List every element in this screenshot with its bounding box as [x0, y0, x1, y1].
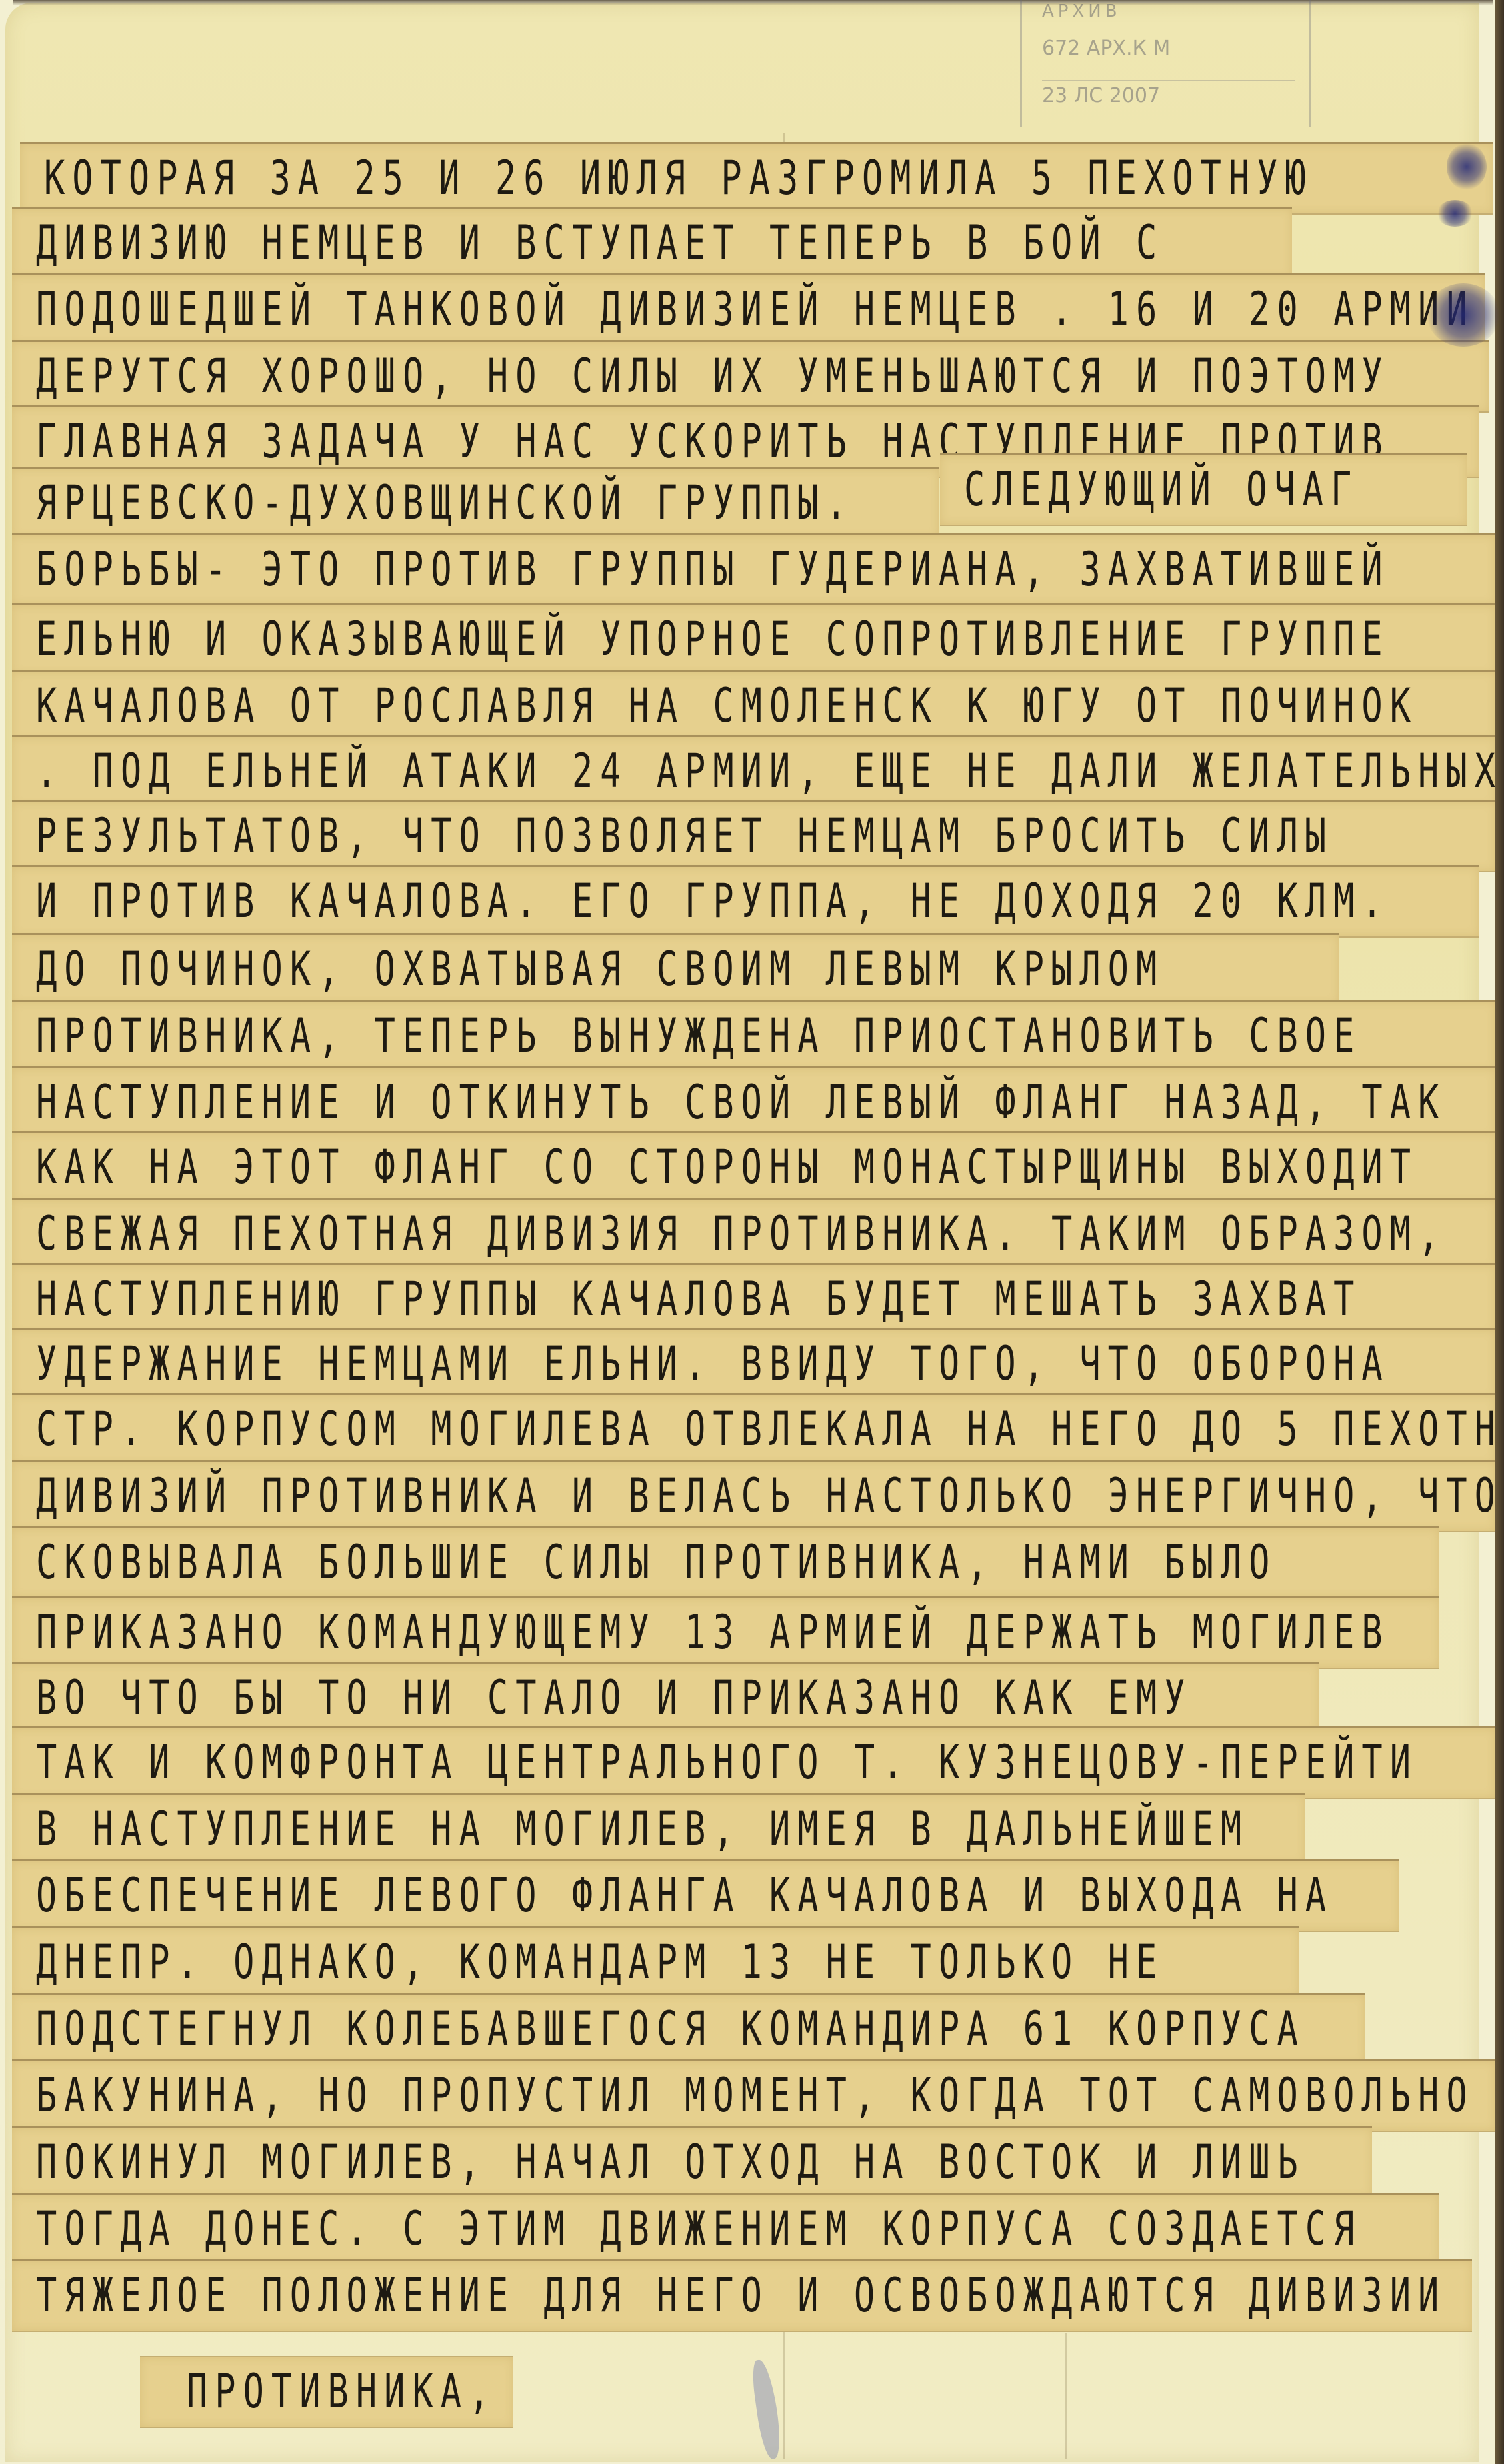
text-strip: КАК НА ЭТОТ ФЛАНГ СО СТОРОНЫ МОНАСТЫРЩИН…	[12, 1131, 1495, 1204]
telegram-line: ЯРЦЕВСКО-ДУХОВЩИНСКОЙ ГРУППЫ.	[12, 477, 854, 531]
text-strip: ЕЛЬНЮ И ОКАЗЫВАЮЩЕЙ УПОРНОЕ СОПРОТИВЛЕНИ…	[12, 603, 1495, 676]
telegram-line: ПОДСТЕГНУЛ КОЛЕБАВШЕГОСЯ КОМАНДИРА 61 КО…	[12, 2003, 1305, 2057]
text-strip: НАСТУПЛЕНИЕ И ОТКИНУТЬ СВОЙ ЛЕВЫЙ ФЛАНГ …	[12, 1066, 1495, 1139]
telegram-line: ДО ПОЧИНОК, ОХВАТЫВАЯ СВОИМ ЛЕВЫМ КРЫЛОМ	[12, 943, 1164, 997]
text-strip: РЕЗУЛЬТАТОВ, ЧТО ПОЗВОЛЯЕТ НЕМЦАМ БРОСИТ…	[12, 800, 1495, 872]
telegram-line: ДИВИЗИЮ НЕМЦЕВ И ВСТУПАЕТ ТЕПЕРЬ В БОЙ С	[12, 217, 1164, 271]
telegram-line: НАСТУПЛЕНИЕ И ОТКИНУТЬ СВОЙ ЛЕВЫЙ ФЛАНГ …	[12, 1076, 1446, 1130]
text-strip: ДО ПОЧИНОК, ОХВАТЫВАЯ СВОИМ ЛЕВЫМ КРЫЛОМ	[12, 933, 1339, 1006]
paper-right-edge	[1495, 0, 1504, 2464]
telegram-line: БАКУНИНА, НО ПРОПУСТИЛ МОМЕНТ, КОГДА ТОТ…	[12, 2069, 1475, 2123]
telegram-line: ОБЕСПЕЧЕНИЕ ЛЕВОГО ФЛАНГА КАЧАЛОВА И ВЫХ…	[12, 1869, 1333, 1923]
text-strip: . ПОД ЕЛЬНЕЙ АТАКИ 24 АРМИИ, ЕЩЕ НЕ ДАЛИ…	[12, 735, 1495, 808]
blue-ink-mark	[1447, 143, 1487, 190]
telegram-line: ЕЛЬНЮ И ОКАЗЫВАЮЩЕЙ УПОРНОЕ СОПРОТИВЛЕНИ…	[12, 613, 1390, 667]
telegram-line: РЕЗУЛЬТАТОВ, ЧТО ПОЗВОЛЯЕТ НЕМЦАМ БРОСИТ…	[12, 810, 1333, 864]
text-strip: ПРОТИВНИКА,	[140, 2356, 513, 2428]
telegram-line: ПРОТИВНИКА, ТЕПЕРЬ ВЫНУЖДЕНА ПРИОСТАНОВИ…	[12, 1010, 1361, 1064]
telegram-line: КАК НА ЭТОТ ФЛАНГ СО СТОРОНЫ МОНАСТЫРЩИН…	[12, 1141, 1418, 1195]
text-strip: ТАК И КОМФРОНТА ЦЕНТРАЛЬНОГО Т. КУЗНЕЦОВ…	[12, 1726, 1495, 1799]
text-strip: ДИВИЗИЮ НЕМЦЕВ И ВСТУПАЕТ ТЕПЕРЬ В БОЙ С	[12, 207, 1292, 279]
telegram-line: НАСТУПЛЕНИЮ ГРУППЫ КАЧАЛОВА БУДЕТ МЕШАТЬ…	[12, 1273, 1361, 1327]
text-strip: ПРОТИВНИКА, ТЕПЕРЬ ВЫНУЖДЕНА ПРИОСТАНОВИ…	[12, 1000, 1495, 1072]
text-strip: ДЕРУТСЯ ХОРОШО, НО СИЛЫ ИХ УМЕНЬШАЮТСЯ И…	[12, 340, 1489, 413]
telegram-line: СКОВЫВАЛА БОЛЬШИЕ СИЛЫ ПРОТИВНИКА, НАМИ …	[12, 1536, 1277, 1590]
text-strip: БАКУНИНА, НО ПРОПУСТИЛ МОМЕНТ, КОГДА ТОТ…	[12, 2059, 1495, 2132]
text-strip: КАЧАЛОВА ОТ РОСЛАВЛЯ НА СМОЛЕНСК К ЮГУ О…	[12, 670, 1495, 742]
telegram-line: ПОКИНУЛ МОГИЛЕВ, НАЧАЛ ОТХОД НА ВОСТОК И…	[12, 2136, 1305, 2190]
telegram-line: ПРОТИВНИКА,	[140, 2365, 497, 2419]
text-strip: ДНЕПР. ОДНАКО, КОМАНДАРМ 13 НЕ ТОЛЬКО НЕ	[12, 1926, 1299, 1999]
telegram-line: ДИВИЗИЙ ПРОТИВНИКА И ВЕЛАСЬ НАСТОЛЬКО ЭН…	[12, 1470, 1495, 1524]
text-strip: ДИВИЗИЙ ПРОТИВНИКА И ВЕЛАСЬ НАСТОЛЬКО ЭН…	[12, 1460, 1495, 1532]
telegram-line: КАЧАЛОВА ОТ РОСЛАВЛЯ НА СМОЛЕНСК К ЮГУ О…	[12, 680, 1418, 734]
archive-stamp-row: АРХИВ	[1042, 1, 1295, 21]
text-strip: СТР. КОРПУСОМ МОГИЛЕВА ОТВЛЕКАЛА НА НЕГО…	[12, 1393, 1495, 1466]
telegram-line: ТАК И КОМФРОНТА ЦЕНТРАЛЬНОГО Т. КУЗНЕЦОВ…	[12, 1736, 1418, 1790]
text-strip: БОРЬБЫ- ЭТО ПРОТИВ ГРУППЫ ГУДЕРИАНА, ЗАХ…	[12, 533, 1495, 606]
telegram-line: ПРИКАЗАНО КОМАНДУЮЩЕМУ 13 АРМИЕЙ ДЕРЖАТЬ…	[12, 1606, 1390, 1660]
text-strip: И ПРОТИВ КАЧАЛОВА. ЕГО ГРУППА, НЕ ДОХОДЯ…	[12, 865, 1479, 938]
telegram-line: ПОДОШЕДШЕЙ ТАНКОВОЙ ДИВИЗИЕЙ НЕМЦЕВ . 16…	[12, 283, 1475, 337]
archive-stamp: АРХИВ 672 АРХ.К М 23 ЛС 2007	[1020, 0, 1311, 127]
text-strip: УДЕРЖАНИЕ НЕМЦАМИ ЕЛЬНИ. ВВИДУ ТОГО, ЧТО…	[12, 1328, 1495, 1400]
text-strip: ПРИКАЗАНО КОМАНДУЮЩЕМУ 13 АРМИЕЙ ДЕРЖАТЬ…	[12, 1596, 1439, 1669]
blue-ink-mark	[1437, 200, 1473, 227]
text-strip: СКОВЫВАЛА БОЛЬШИЕ СИЛЫ ПРОТИВНИКА, НАМИ …	[12, 1526, 1439, 1599]
blue-ink-mark	[1427, 283, 1500, 347]
text-strip: СЛЕДУЮЩИЙ ОЧАГ	[940, 453, 1467, 526]
text-strip: КОТОРАЯ ЗА 25 И 26 ИЮЛЯ РАЗГРОМИЛА 5 ПЕХ…	[20, 142, 1493, 215]
text-strip: ЯРЦЕВСКО-ДУХОВЩИНСКОЙ ГРУППЫ.	[12, 467, 939, 539]
text-strip: ОБЕСПЕЧЕНИЕ ЛЕВОГО ФЛАНГА КАЧАЛОВА И ВЫХ…	[12, 1859, 1399, 1932]
telegram-line: ТОГДА ДОНЕС. С ЭТИМ ДВИЖЕНИЕМ КОРПУСА СО…	[12, 2203, 1361, 2257]
telegram-line: КОТОРАЯ ЗА 25 И 26 ИЮЛЯ РАЗГРОМИЛА 5 ПЕХ…	[20, 152, 1313, 206]
telegram-line: БОРЬБЫ- ЭТО ПРОТИВ ГРУППЫ ГУДЕРИАНА, ЗАХ…	[12, 543, 1390, 597]
telegram-line: ДНЕПР. ОДНАКО, КОМАНДАРМ 13 НЕ ТОЛЬКО НЕ	[12, 1936, 1164, 1990]
text-strip: В НАСТУПЛЕНИЕ НА МОГИЛЕВ, ИМЕЯ В ДАЛЬНЕЙ…	[12, 1793, 1305, 1865]
text-strip: ВО ЧТО БЫ ТО НИ СТАЛО И ПРИКАЗАНО КАК ЕМ…	[12, 1662, 1319, 1734]
telegram-line: УДЕРЖАНИЕ НЕМЦАМИ ЕЛЬНИ. ВВИДУ ТОГО, ЧТО…	[12, 1338, 1390, 1392]
telegram-line: СВЕЖАЯ ПЕХОТНАЯ ДИВИЗИЯ ПРОТИВНИКА. ТАКИ…	[12, 1208, 1446, 1262]
telegram-line: СТР. КОРПУСОМ МОГИЛЕВА ОТВЛЕКАЛА НА НЕГО…	[12, 1403, 1495, 1457]
text-strip: НАСТУПЛЕНИЮ ГРУППЫ КАЧАЛОВА БУДЕТ МЕШАТЬ…	[12, 1263, 1495, 1336]
text-strip: ТОГДА ДОНЕС. С ЭТИМ ДВИЖЕНИЕМ КОРПУСА СО…	[12, 2193, 1439, 2265]
text-strip: ПОКИНУЛ МОГИЛЕВ, НАЧАЛ ОТХОД НА ВОСТОК И…	[12, 2126, 1372, 2199]
text-strip: ТЯЖЕЛОЕ ПОЛОЖЕНИЕ ДЛЯ НЕГО И ОСВОБОЖДАЮТ…	[12, 2259, 1472, 2332]
telegram-line: В НАСТУПЛЕНИЕ НА МОГИЛЕВ, ИМЕЯ В ДАЛЬНЕЙ…	[12, 1803, 1249, 1857]
archive-stamp-row: 23 ЛС 2007	[1042, 80, 1295, 107]
text-strip: ПОДСТЕГНУЛ КОЛЕБАВШЕГОСЯ КОМАНДИРА 61 КО…	[12, 1993, 1365, 2065]
telegram-line: И ПРОТИВ КАЧАЛОВА. ЕГО ГРУППА, НЕ ДОХОДЯ…	[12, 875, 1390, 929]
archive-stamp-row: 672 АРХ.К М	[1042, 37, 1295, 60]
telegram-line: СЛЕДУЮЩИЙ ОЧАГ	[940, 463, 1359, 517]
text-strip: СВЕЖАЯ ПЕХОТНАЯ ДИВИЗИЯ ПРОТИВНИКА. ТАКИ…	[12, 1198, 1495, 1270]
telegram-line: ВО ЧТО БЫ ТО НИ СТАЛО И ПРИКАЗАНО КАК ЕМ…	[12, 1672, 1193, 1726]
telegram-line: . ПОД ЕЛЬНЕЙ АТАКИ 24 АРМИИ, ЕЩЕ НЕ ДАЛИ…	[12, 745, 1495, 799]
paper-fold-line	[1065, 2333, 1067, 2459]
telegram-line: ТЯЖЕЛОЕ ПОЛОЖЕНИЕ ДЛЯ НЕГО И ОСВОБОЖДАЮТ…	[12, 2269, 1446, 2323]
text-strip: ПОДОШЕДШЕЙ ТАНКОВОЙ ДИВИЗИЕЙ НЕМЦЕВ . 16…	[12, 273, 1485, 346]
telegram-line: ДЕРУТСЯ ХОРОШО, НО СИЛЫ ИХ УМЕНЬШАЮТСЯ И…	[12, 350, 1390, 404]
